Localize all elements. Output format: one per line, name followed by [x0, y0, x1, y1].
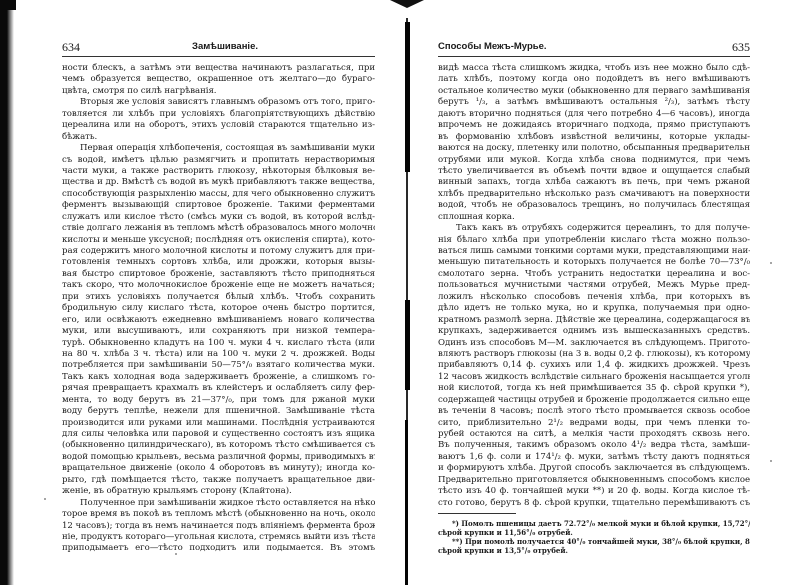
text-line: ности блескъ, а затѣмъ эти вещества начи…: [62, 63, 375, 74]
text-line: крупкахъ, задерживается однимъ изъ вышес…: [438, 326, 750, 337]
text-line: турѣ. Обыкновенно кладутъ на 100 ч. муки…: [62, 338, 375, 349]
text-line: Вторыя же условія зависятъ главнымъ обра…: [62, 97, 375, 108]
text-line: рыто, гдѣ помѣщается тѣсто, также получа…: [62, 475, 375, 486]
text-line: Полученное при замѣшиваніи жидкое тѣсто …: [62, 498, 375, 509]
text-line: прибавляютъ 0,14 ф. сухихъ или 1,4 ф. жи…: [438, 360, 750, 371]
text-line: ніе, продуктъ котораго—угольная кислота,…: [62, 532, 375, 543]
text-line: смолотаго зерна. Чтобъ устранить недоста…: [438, 269, 750, 280]
text-line: даютъ вторично подняться (для чего потре…: [438, 109, 750, 120]
text-line: содержащей частицы отрубей и броженіе пр…: [438, 395, 750, 406]
text-line: въ теченіи 8 часовъ; послѣ этого тѣсто п…: [438, 406, 750, 417]
scan-speck: [44, 498, 46, 500]
text-line: отрубями или мукой. Когда хлѣба снова по…: [438, 155, 750, 166]
text-line: способствующія разрыхленію массы, для че…: [62, 189, 375, 200]
text-line: ваются на доску, плетенку или полотно, о…: [438, 143, 750, 154]
footnote-line: **) При помолѣ получается 40°/₀ тончайше…: [438, 537, 750, 546]
text-line: нія бѣлаго хлѣба при употребленіи кислаг…: [438, 235, 750, 246]
left-scan-edge: [0, 0, 14, 585]
gutter-shadow-middle: [405, 300, 410, 390]
text-line: такъ скоро, что молочнокислое броженіе е…: [62, 280, 375, 291]
page-number: 635: [732, 40, 750, 55]
text-line: тѣсто изъ 40 ф. тончайшей муки **) и 20 …: [438, 486, 750, 497]
text-line: кислоты и меньше уксусной; послѣдняя отъ…: [62, 235, 375, 246]
text-line: видѣ масса тѣста слишкомъ жидка, чтобъ и…: [438, 63, 750, 74]
scan-speck: [770, 262, 772, 264]
text-line: сплошная корка.: [438, 212, 750, 223]
text-line: водой, чтобъ не образовалось трещинъ, но…: [438, 200, 750, 211]
text-line: остальное количество муки (обыкновенно д…: [438, 86, 750, 97]
text-line: тѣсто увеличивается въ объемѣ почти вдво…: [438, 166, 750, 177]
text-line: на 80 ч. хлѣба 3 ч. тѣста) или на 100 ч.…: [62, 349, 375, 360]
text-line: пользоваться мучнистыми частями отрубей,…: [438, 280, 750, 291]
text-line: служатъ или кислое тѣсто (смѣсь муки съ …: [62, 212, 375, 223]
text-line: приподымаетъ его—тѣсто подходитъ или под…: [62, 543, 375, 554]
text-line: рячая превращаетъ крахмалъ въ клейстеръ …: [62, 383, 375, 394]
gutter-shadow-bottom: [405, 420, 408, 585]
text-line: бродильную силу кислаго тѣста, которое о…: [62, 303, 375, 314]
text-line: Такъ какъ въ отрубяхъ содержится цереали…: [438, 223, 750, 234]
gutter-notch: [390, 0, 424, 8]
text-line: ваютъ 1,6 ф. соли и 174¹/₂ ф. муки, затѣ…: [438, 452, 750, 463]
text-line: ствіе долгаго лежанія въ тепломъ мѣстѣ о…: [62, 223, 375, 234]
text-line: 12 часовъ); тогда въ немъ начинается под…: [62, 521, 375, 532]
text-line: бѣжать.: [62, 132, 375, 143]
text-line: цереалина или на оборотъ, этихъ условій …: [62, 120, 375, 131]
text-line: женіе, въ обратную крыльямъ сторону (Кла…: [62, 486, 375, 497]
text-line: меньшую питательность и которыхъ получае…: [438, 257, 750, 268]
text-line: рубей остаются на ситѣ, а мелкія части п…: [438, 429, 750, 440]
text-line: вращательное движеніе (около 4 оборотовъ…: [62, 463, 375, 474]
text-line: воду берутъ теплѣе, нежели для пшеничной…: [62, 406, 375, 417]
running-title: Способы Межъ-Мурье.: [438, 41, 547, 52]
text-line: торое время въ покоѣ въ тепломъ мѣстѣ (о…: [62, 509, 375, 520]
text-line: (обыкновенно цилиндрическаго), въ которо…: [62, 440, 375, 451]
text-line: Первая операція хлѣбопеченія, состоящая …: [62, 143, 375, 154]
footnotes: *) Помолъ пшеницы даетъ 72.72°/₀ мелкой …: [438, 519, 750, 555]
text-line: цвѣта, смотря по силѣ нагрѣванія.: [62, 86, 375, 97]
text-line: ферментъ вызывающій спиртовое броженіе. …: [62, 200, 375, 211]
scan-speck: [770, 460, 772, 462]
text-line: сто готово, берутъ 8 ф. сѣрой крупки, тщ…: [438, 498, 750, 509]
right-running-head: Способы Межъ-Мурье. 635: [438, 40, 750, 54]
text-line: его, или освѣжаютъ ежедневно вмѣшиваніем…: [62, 315, 375, 326]
text-line: берутъ ¹/₃, а затѣмъ вмѣшиваютъ остальны…: [438, 97, 750, 108]
text-line: товляется ли хлѣбъ при условіяхъ благопр…: [62, 109, 375, 120]
text-line: ваться лишь самыми тонкими сортами муки,…: [438, 246, 750, 257]
footnote-line: сѣрой крупки и 11,56°/₀ отрубей.: [438, 528, 750, 537]
page-number: 634: [62, 40, 80, 55]
left-page: 634 Замѣшиваніе. ности блескъ, а затѣмъ …: [62, 40, 375, 555]
left-scan-corner: [0, 0, 16, 10]
text-line: чемъ образуется вещество, окрашенное отъ…: [62, 74, 375, 85]
text-line: вая быстро спиртовое броженіе, заставляю…: [62, 269, 375, 280]
gutter-shadow-top: [405, 22, 410, 172]
text-line: вляютъ растворъ глюкозы (на 3 в. воды 0,…: [438, 349, 750, 360]
text-line: водой помощью крыльевъ, весьма различной…: [62, 452, 375, 463]
text-line: дѣло идетъ не только мука, но и крупка, …: [438, 303, 750, 314]
text-line: щества и др. Вмѣстѣ съ водой въ мукѣ при…: [62, 177, 375, 188]
left-body-text: ности блескъ, а затѣмъ эти вещества начи…: [62, 63, 375, 555]
text-line: потребляется при замѣшиваніи 50—75°/₀ вз…: [62, 360, 375, 371]
text-line: для силы человѣка или паровой и существе…: [62, 429, 375, 440]
text-line: мента, то воду берутъ въ 21—37°/₀, при т…: [62, 395, 375, 406]
footnote-line: *) Помолъ пшеницы даетъ 72.72°/₀ мелкой …: [438, 519, 750, 528]
text-line: производится или руками или машинами. По…: [62, 418, 375, 429]
text-line: въ формованію хлѣбовъ извѣстной величины…: [438, 132, 750, 143]
text-line: Такъ какъ холодная вода задерживаетъ бро…: [62, 372, 375, 383]
footnote-line: сѣрой крупки и 13,5°/₀ отрубей.: [438, 546, 750, 555]
header-rule: [438, 56, 750, 57]
header-rule: [62, 56, 375, 57]
right-body-text: видѣ масса тѣста слишкомъ жидка, чтобъ и…: [438, 63, 750, 509]
text-line: рая содержитъ много молочной кислоты и п…: [62, 246, 375, 257]
text-line: части муки, а также растворить глюкозу, …: [62, 166, 375, 177]
text-line: 12 часовъ жидкость вслѣдствіе сильнаго б…: [438, 372, 750, 383]
text-line: винный запахъ, тогда хлѣба сажаютъ въ пе…: [438, 177, 750, 188]
left-running-head: 634 Замѣшиваніе.: [62, 40, 375, 54]
text-line: ной кислотой, тогда къ ней примѣшивается…: [438, 383, 750, 394]
text-line: готовленія темныхъ сортовъ хлѣба, или др…: [62, 257, 375, 268]
text-line: муки, или высушиваютъ, или сохраняютъ пр…: [62, 326, 375, 337]
text-line: при этихъ условіяхъ получается бѣлый хлѣ…: [62, 292, 375, 303]
text-line: и формируютъ хлѣба. Другой способъ заклю…: [438, 463, 750, 474]
text-line: Въ полученныя, такимъ образомъ около 4¹/…: [438, 440, 750, 451]
text-line: ложилъ нѣсколько способовъ печенія хлѣба…: [438, 292, 750, 303]
text-line: кратномъ размолѣ зерна. Дѣйствіе же цере…: [438, 315, 750, 326]
text-line: лать хлѣбъ, поэтому когда оно подойдетъ …: [438, 74, 750, 85]
book-spread: 634 Замѣшиваніе. ности блескъ, а затѣмъ …: [0, 0, 800, 585]
text-line: хлѣбъ предварительно нѣсколько разъ смач…: [438, 189, 750, 200]
footnote-rule: [438, 513, 516, 514]
text-line: сито, приблизительно 2¹/₂ ведрами воды, …: [438, 418, 750, 429]
right-page: Способы Межъ-Мурье. 635 видѣ масса тѣста…: [438, 40, 750, 555]
running-title: Замѣшиваніе.: [192, 41, 258, 52]
text-line: Предварительно приготовляется обыкновенн…: [438, 475, 750, 486]
text-line: съ водой, имѣетъ цѣлью размягчить и проп…: [62, 155, 375, 166]
text-line: Одинъ изъ способовъ М—М. заключается въ …: [438, 338, 750, 349]
text-line: впрочемъ не дожидаясь вторичнаго подхода…: [438, 120, 750, 131]
